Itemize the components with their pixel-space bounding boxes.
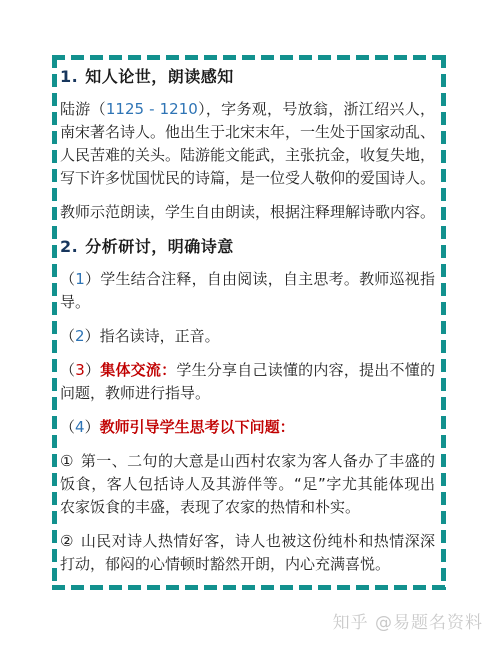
paren-open: （ (60, 327, 75, 345)
step-text: 指名读诗，正音。 (100, 327, 220, 345)
paren-close: ） (85, 361, 100, 379)
answer-item-2: ②山民对诗人热情好客，诗人也被这份纯朴和热情深深打动，郁闷的心情顿时豁然开朗，内… (60, 530, 435, 576)
lesson-plan-card: 1.知人论世，朗读感知 陆游（1125 - 1210），字务观，号放翁，浙江绍兴… (52, 55, 446, 590)
dashed-border-right (441, 55, 446, 590)
dashed-border-top (52, 55, 446, 60)
answer-text: 山民对诗人热情好客，诗人也被这份纯朴和热情深深打动，郁闷的心情顿时豁然开朗，内心… (60, 532, 435, 573)
section-heading-1: 1.知人论世，朗读感知 (60, 65, 435, 89)
paren-open: （ (60, 418, 75, 436)
step-lead: 集体交流： (100, 361, 176, 379)
step-number: 4 (75, 418, 85, 436)
paragraph-teacher-reading: 教师示范朗读，学生自由朗读，根据注释理解诗歌内容。 (60, 201, 435, 224)
paren-close: ） (85, 327, 100, 345)
step-lead: 教师引导学生思考以下问题： (100, 418, 295, 436)
section-number: 1. (60, 67, 78, 86)
step-item-3: （3）集体交流：学生分享自己读懂的内容，提出不懂的问题，教师进行指导。 (60, 359, 435, 405)
zhihu-watermark: 知乎 @易题名资料 (333, 612, 483, 634)
poet-years: 1125 - 1210 (106, 100, 198, 118)
section-number: 2. (60, 237, 78, 256)
section-title: 分析研讨，明确诗意 (85, 237, 234, 256)
circled-number-2: ② (60, 532, 74, 550)
paragraph-poet-intro: 陆游（1125 - 1210），字务观，号放翁，浙江绍兴人，南宋著名诗人。他出生… (60, 98, 435, 190)
intro-text-pre: 陆游（ (60, 100, 106, 118)
step-number: 1 (75, 270, 85, 288)
step-item-4: （4）教师引导学生思考以下问题： (60, 416, 435, 439)
answer-item-1: ①第一、二句的大意是山西村农家为客人备办了丰盛的饭食，客人包括诗人及其游伴等。“… (60, 450, 435, 519)
paren-close: ） (85, 270, 100, 288)
paren-open: （ (60, 361, 75, 379)
step-item-2: （2）指名读诗，正音。 (60, 325, 435, 348)
answer-text: 第一、二句的大意是山西村农家为客人备办了丰盛的饭食，客人包括诗人及其游伴等。“足… (60, 452, 435, 516)
step-text: 学生结合注释，自由阅读，自主思考。教师巡视指导。 (60, 270, 435, 311)
circled-number-1: ① (60, 452, 74, 470)
step-number: 3 (75, 361, 85, 379)
dashed-border-left (52, 55, 57, 590)
dashed-border-bottom (52, 585, 446, 590)
paren-close: ） (85, 418, 100, 436)
section-heading-2: 2.分析研讨，明确诗意 (60, 235, 435, 259)
section-title: 知人论世，朗读感知 (85, 67, 234, 86)
step-number: 2 (75, 327, 85, 345)
paren-open: （ (60, 270, 75, 288)
step-item-1: （1）学生结合注释，自由阅读，自主思考。教师巡视指导。 (60, 268, 435, 314)
